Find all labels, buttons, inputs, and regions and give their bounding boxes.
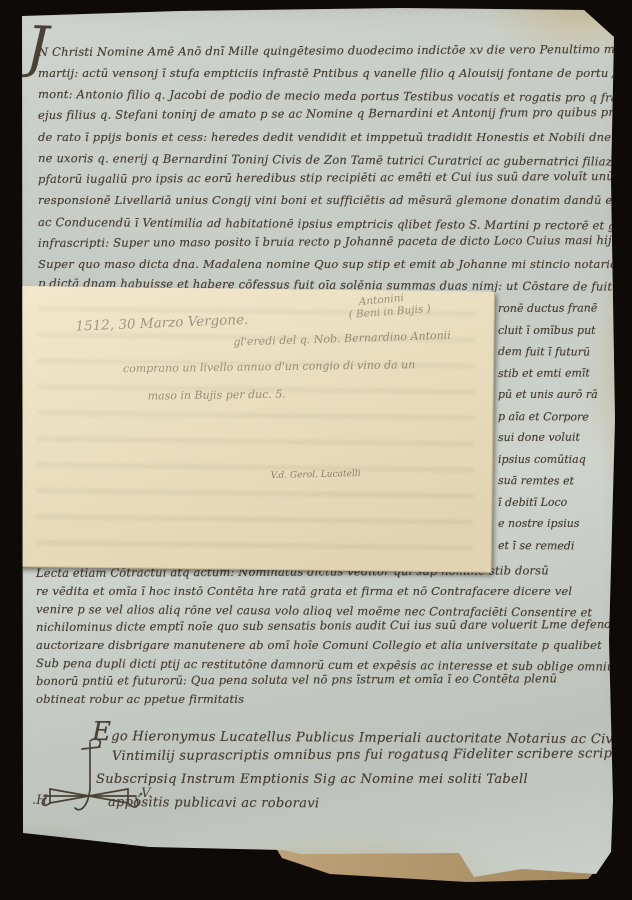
deed-line-fragment: e nostre ipsius (498, 517, 580, 530)
closing-line: re vēdita et omīa ī hoc instō Contēta hr… (36, 584, 572, 598)
closing-line: obtineat robur ac ppetue firmitatis (36, 692, 244, 706)
deed-line-fragment: et ī se remedi (498, 539, 574, 552)
deed-line: N Christi Nomine Amē Anō dnī Mille quing… (38, 42, 632, 59)
slip-date-note-continuation: gl'eredi del q. Nob. Bernardino Antonii (233, 329, 451, 349)
deed-line-fragment: pū et unis aurō rā (498, 388, 598, 401)
slip-summary-line1: comprano un livello annuo d'un congio di… (123, 358, 415, 375)
deed-line-fragment: ipsius comūtiaq (498, 453, 586, 466)
notary-subscription-line: Ego Hieronymus Lucatellus Publicus Imper… (92, 726, 625, 747)
notary-subscription-line: Vintimilij suprascriptis omnibus pns fui… (112, 746, 624, 764)
slip-signature: V.d. Gerol. Lucatelli (271, 469, 361, 481)
deed-line-fragment: stib et emti emīt (498, 367, 590, 380)
parchment-page: J N Christi Nomine Amē Anō dnī Mille qui… (0, 0, 632, 900)
closing-line: nichilominus dicte emptī noīe quo sub se… (36, 617, 619, 634)
slip-date-note: 1512, 30 Marzo Vergone. (75, 312, 248, 335)
notary-sign-letter-right: .V. (137, 786, 152, 801)
deed-line: infrascripti: Super uno maso posito ī br… (38, 232, 632, 250)
notary-subscription-line: Subscripsiq Instrum Emptionis Sig ac Nom… (96, 772, 528, 787)
deed-line-fragment: p aīa et Corpore (498, 410, 589, 424)
slip-summary-line2: maso in Bujis per duc. 5. (148, 388, 286, 403)
deed-line: responsionē Livellariā unius Congij vini… (38, 193, 632, 207)
deed-line: Super quo maso dicta dna. Madalena nomin… (38, 257, 617, 271)
deed-line: ne uxoris q. enerij q Bernardini Toninj … (38, 151, 619, 169)
deed-line: martij: actū vensonj ī stufa empticiis i… (38, 66, 616, 80)
deed-line: mont: Antonio filio q. Jacobi de podio d… (38, 87, 632, 105)
notary-sign-icon (30, 737, 150, 832)
deed-line-fragment: ronē ductus franē (498, 301, 597, 315)
deed-line: ejus filius q. Stefani toninj de amato p… (38, 105, 632, 122)
closing-line: auctorizare disbrigare manutenere ab omī… (36, 638, 602, 652)
deed-line-fragment: dem fuit ī futurū (498, 345, 590, 359)
deed-line-fragment: ī debitī Loco (498, 496, 567, 509)
deed-line-fragment: suā remtes et (498, 474, 574, 487)
closing-line: bonorū pntiū et futurorū: Qua pena solut… (36, 671, 557, 688)
deed-line: pfatorū iugaliū pro ipsis ac eorū heredi… (38, 169, 632, 186)
manuscript-photo: J N Christi Nomine Amē Anō dnī Mille qui… (0, 0, 632, 900)
notary-sign-letter-left: .H. (32, 793, 52, 808)
archival-slip: Antonini ( Beni in Bujis ) 1512, 30 Marz… (18, 286, 495, 573)
deed-line: de rato ī ppijs bonis et cess: heredes d… (38, 130, 632, 144)
deed-line: ac Conducendū ī Ventimilia ad habitation… (38, 215, 632, 233)
deed-line-fragment: sui done voluit (498, 431, 580, 444)
deed-line-fragment: cluit ī omībus put (498, 324, 596, 337)
